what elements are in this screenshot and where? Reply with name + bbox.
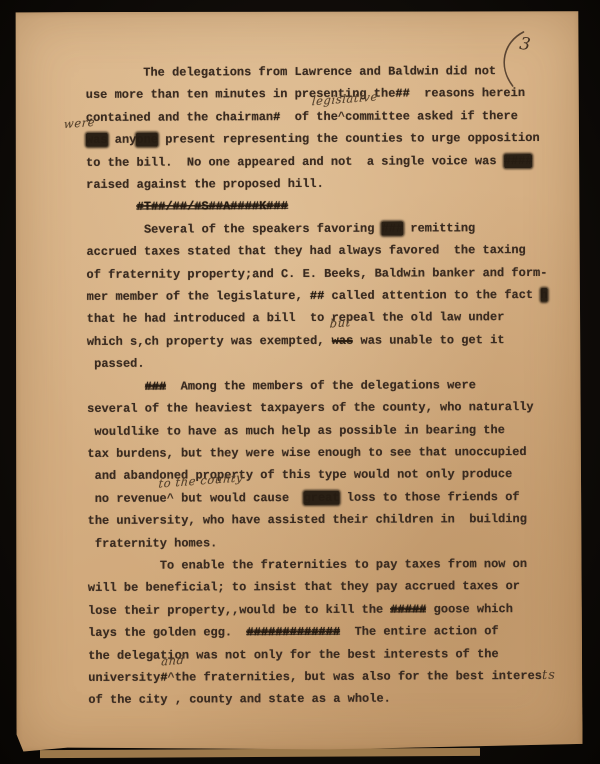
typed-line: will be beneficial; to insist that they … <box>88 575 548 599</box>
struck-out-typing: ##### <box>390 602 426 616</box>
annotated-segment: ^legislative <box>338 110 345 124</box>
manuscript-page: 3 The delegations from Lawrence and Bald… <box>13 10 582 752</box>
typed-text: contained and the chairman <box>86 110 273 125</box>
handwritten-annotation: were <box>63 111 96 136</box>
typed-line: the university, who have assisted their … <box>88 508 548 532</box>
typed-text: passed. <box>87 357 145 371</box>
typed-text: Several of the speakers favoring <box>86 221 381 236</box>
annotated-segment: wasbut <box>332 334 354 348</box>
typed-text: tax burdens, but they were wise enough t… <box>87 445 526 461</box>
typed-text: no revenue <box>87 491 166 505</box>
annotated-segment: waswere <box>86 133 108 147</box>
typed-line: accrued taxes stated that they had alway… <box>86 239 546 263</box>
typed-text: which s,ch property was exempted, <box>87 334 332 349</box>
typed-text: that he had introduced a bill to repeal … <box>87 311 505 327</box>
typed-text: of the <box>280 110 338 124</box>
handwritten-annotation: and <box>161 648 186 672</box>
typed-text: The entire action of <box>340 624 498 639</box>
typed-text: wouldlike to have as much help as possib… <box>87 423 505 439</box>
typed-line: that he had introduced a bill to repeal … <box>87 306 547 330</box>
typed-line: lays the golden egg. ############# The e… <box>88 620 548 644</box>
typed-text: called attention to the fact <box>324 288 540 303</box>
insertion-caret: ^ <box>167 671 174 685</box>
inked-out-text: was <box>86 133 108 147</box>
typed-text: To enable the fraternities to pay taxes … <box>88 557 527 573</box>
inked-out-text: great <box>304 491 340 505</box>
typed-text: reasons herein <box>410 86 525 101</box>
handwritten-annotation: but <box>329 311 352 335</box>
typed-text: university <box>88 671 160 685</box>
paper-edge-understrip <box>40 748 480 758</box>
typed-text: raised against the proposed hill. <box>86 177 324 192</box>
typed-text: The delegations from Lawrence and Baldwi… <box>86 64 497 80</box>
typed-text: mer member of the legislature, <box>87 289 310 304</box>
inked-out-text: h <box>540 288 547 302</box>
annotated-segment: ^and <box>167 671 174 685</box>
typed-line: ### Among the members of the delegations… <box>87 374 547 398</box>
typed-text: loss to those friends of <box>340 490 520 505</box>
typed-content: The delegations from Lawrence and Baldwi… <box>13 10 582 712</box>
typed-line: to the bill. No one appeared and not a s… <box>86 150 546 174</box>
typed-text <box>86 200 136 214</box>
typed-line: wouldlike to have as much help as possib… <box>87 418 547 442</box>
typed-line: #T##/##/#S##A####K### <box>86 194 546 218</box>
typed-text: committee asked if there <box>345 109 518 124</box>
typed-line: The delegations from Lawrence and Baldwi… <box>86 60 546 84</box>
typed-text: accrued taxes stated that they had alway… <box>86 243 525 259</box>
typed-text: of the city , county and state as a whol… <box>88 692 391 707</box>
annotated-segment: ^to the county <box>167 491 174 505</box>
overtyped-hashes: ## <box>395 87 409 101</box>
typed-text: the delegation was not only for the best… <box>88 647 499 663</box>
typed-line: waswere anyone present representing the … <box>86 127 546 151</box>
typed-text: was unable to get it <box>353 333 504 348</box>
typed-text: but would cause <box>174 491 304 506</box>
typed-line: of fraternity property;and C. E. Beeks, … <box>86 262 546 286</box>
typed-line: university#^andthe fraternities, but was… <box>88 665 548 689</box>
inked-out-text: ### <box>382 221 404 235</box>
typed-line: the delegation was not only for the best… <box>88 642 548 666</box>
typed-line: raised against the proposed hill. <box>86 172 546 196</box>
typed-text: and abandoned property of this type woul… <box>87 467 512 483</box>
typed-line: which s,ch property was exempted, wasbut… <box>87 329 547 353</box>
overtyped-hashes: ## <box>310 289 324 303</box>
typed-text: of fraternity property;and C. E. Beeks, … <box>87 266 548 282</box>
typed-text: any <box>108 133 137 147</box>
typed-text <box>87 379 145 393</box>
typed-text: present representing the counties to urg… <box>158 131 540 147</box>
typed-text: the university, who have assisted their … <box>88 512 527 528</box>
typed-text: lose their property,,would be to kill th… <box>88 602 391 617</box>
struck-out-typing: ### <box>145 379 167 393</box>
typed-line: lose their property,,would be to kill th… <box>88 598 548 622</box>
typed-text: several of the heaviest taxpayers of the… <box>87 400 534 416</box>
typed-text: goose which <box>426 602 512 616</box>
typed-line: fraternity homes. <box>88 530 548 554</box>
struck-out-typing: ############# <box>247 625 341 639</box>
typed-line: no revenue^to the county but would cause… <box>87 486 547 510</box>
typed-line: passed. <box>87 351 547 375</box>
typed-text: Among the members of the delegations wer… <box>166 378 476 393</box>
typed-line: Several of the speakers favoring ### rem… <box>86 217 546 241</box>
typed-text: the fraternities, but was also for the b… <box>175 669 542 685</box>
typed-line: contained and the chairman# of the^legis… <box>86 105 546 129</box>
typed-line: of the city , county and state as a whol… <box>88 687 548 711</box>
typed-line: several of the heaviest taxpayers of the… <box>87 396 547 420</box>
typed-line: and abandoned property of this type woul… <box>87 463 547 487</box>
typed-text: lays the golden egg. <box>88 625 246 640</box>
typed-line: mer member of the legislature, ## called… <box>87 284 547 308</box>
typed-line: tax burdens, but they were wise enough t… <box>87 441 547 465</box>
typed-line: To enable the fraternities to pay taxes … <box>88 553 548 577</box>
typed-text: will be beneficial; to insist that they … <box>88 579 520 595</box>
handwritten-inline-text: ts <box>542 668 556 683</box>
inked-out-text: one <box>136 133 158 147</box>
inked-out-text: #### <box>504 154 533 168</box>
typed-text: remitting <box>403 221 475 235</box>
typed-text: to the bill. No one appeared and not a s… <box>86 154 504 170</box>
typed-text: fraternity homes. <box>88 536 218 551</box>
struck-out-typing: #T##/##/#S##A####K### <box>137 199 288 214</box>
struck-word: was <box>332 334 354 348</box>
insertion-caret: ^ <box>338 110 345 124</box>
